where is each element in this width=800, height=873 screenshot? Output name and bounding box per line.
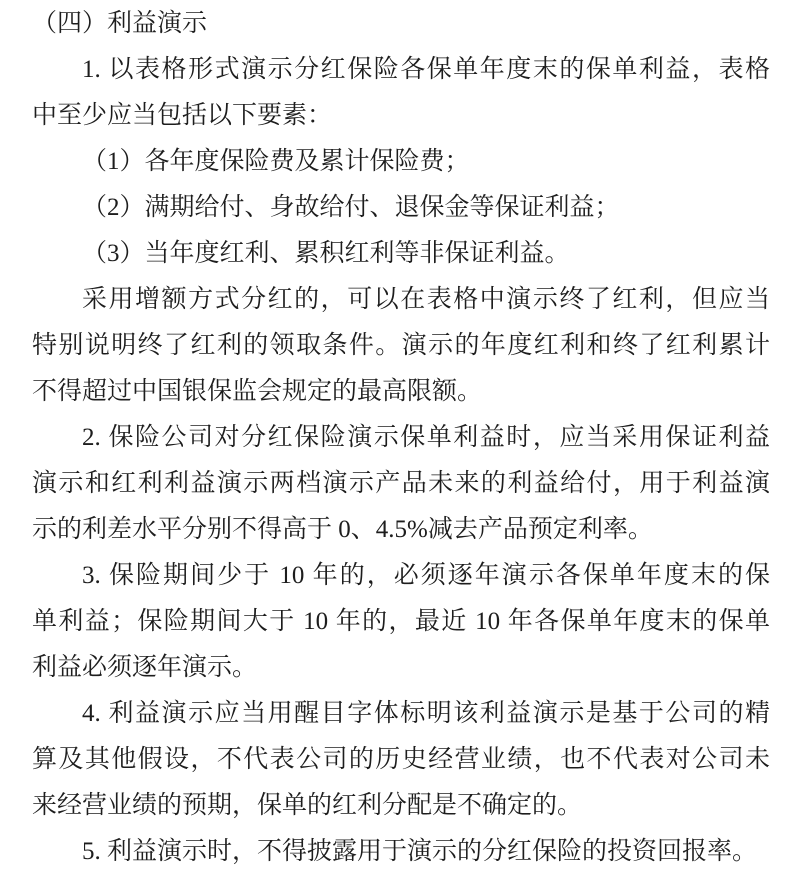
- text-line: 中至少应当包括以下要素：: [32, 93, 770, 139]
- text-line: 来经营业绩的预期，保单的红利分配是不确定的。: [32, 783, 770, 829]
- text-line: 1. 以表格形式演示分红保险各保单年度末的保单利益，表格: [32, 47, 770, 93]
- document-page: （四）利益演示1. 以表格形式演示分红保险各保单年度末的保单利益，表格中至少应当…: [0, 0, 800, 873]
- text-line: （1）各年度保险费及累计保险费；: [32, 139, 770, 185]
- text-line: 3. 保险期间少于 10 年的，必须逐年演示各保单年度末的保: [32, 553, 770, 599]
- text-line: 不得超过中国银保监会规定的最高限额。: [32, 369, 770, 415]
- text-line: 5. 利益演示时，不得披露用于演示的分红保险的投资回报率。: [32, 829, 770, 873]
- text-line: 特别说明终了红利的领取条件。演示的年度红利和终了红利累计: [32, 323, 770, 369]
- text-line: 4. 利益演示应当用醒目字体标明该利益演示是基于公司的精: [32, 691, 770, 737]
- text-line: 2. 保险公司对分红保险演示保单利益时，应当采用保证利益: [32, 415, 770, 461]
- text-line: 单利益；保险期间大于 10 年的，最近 10 年各保单年度末的保单: [32, 599, 770, 645]
- section-heading: （四）利益演示: [32, 1, 770, 47]
- text-line: 演示和红利利益演示两档演示产品未来的利益给付，用于利益演: [32, 461, 770, 507]
- text-line: 采用增额方式分红的，可以在表格中演示终了红利，但应当: [32, 277, 770, 323]
- text-line: （2）满期给付、身故给付、退保金等保证利益；: [32, 185, 770, 231]
- text-line: 示的利差水平分别不得高于 0、4.5%减去产品预定利率。: [32, 507, 770, 553]
- document-lines: （四）利益演示1. 以表格形式演示分红保险各保单年度末的保单利益，表格中至少应当…: [32, 1, 770, 873]
- text-line: 算及其他假设，不代表公司的历史经营业绩，也不代表对公司未: [32, 737, 770, 783]
- text-line: （3）当年度红利、累积红利等非保证利益。: [32, 231, 770, 277]
- text-line: 利益必须逐年演示。: [32, 645, 770, 691]
